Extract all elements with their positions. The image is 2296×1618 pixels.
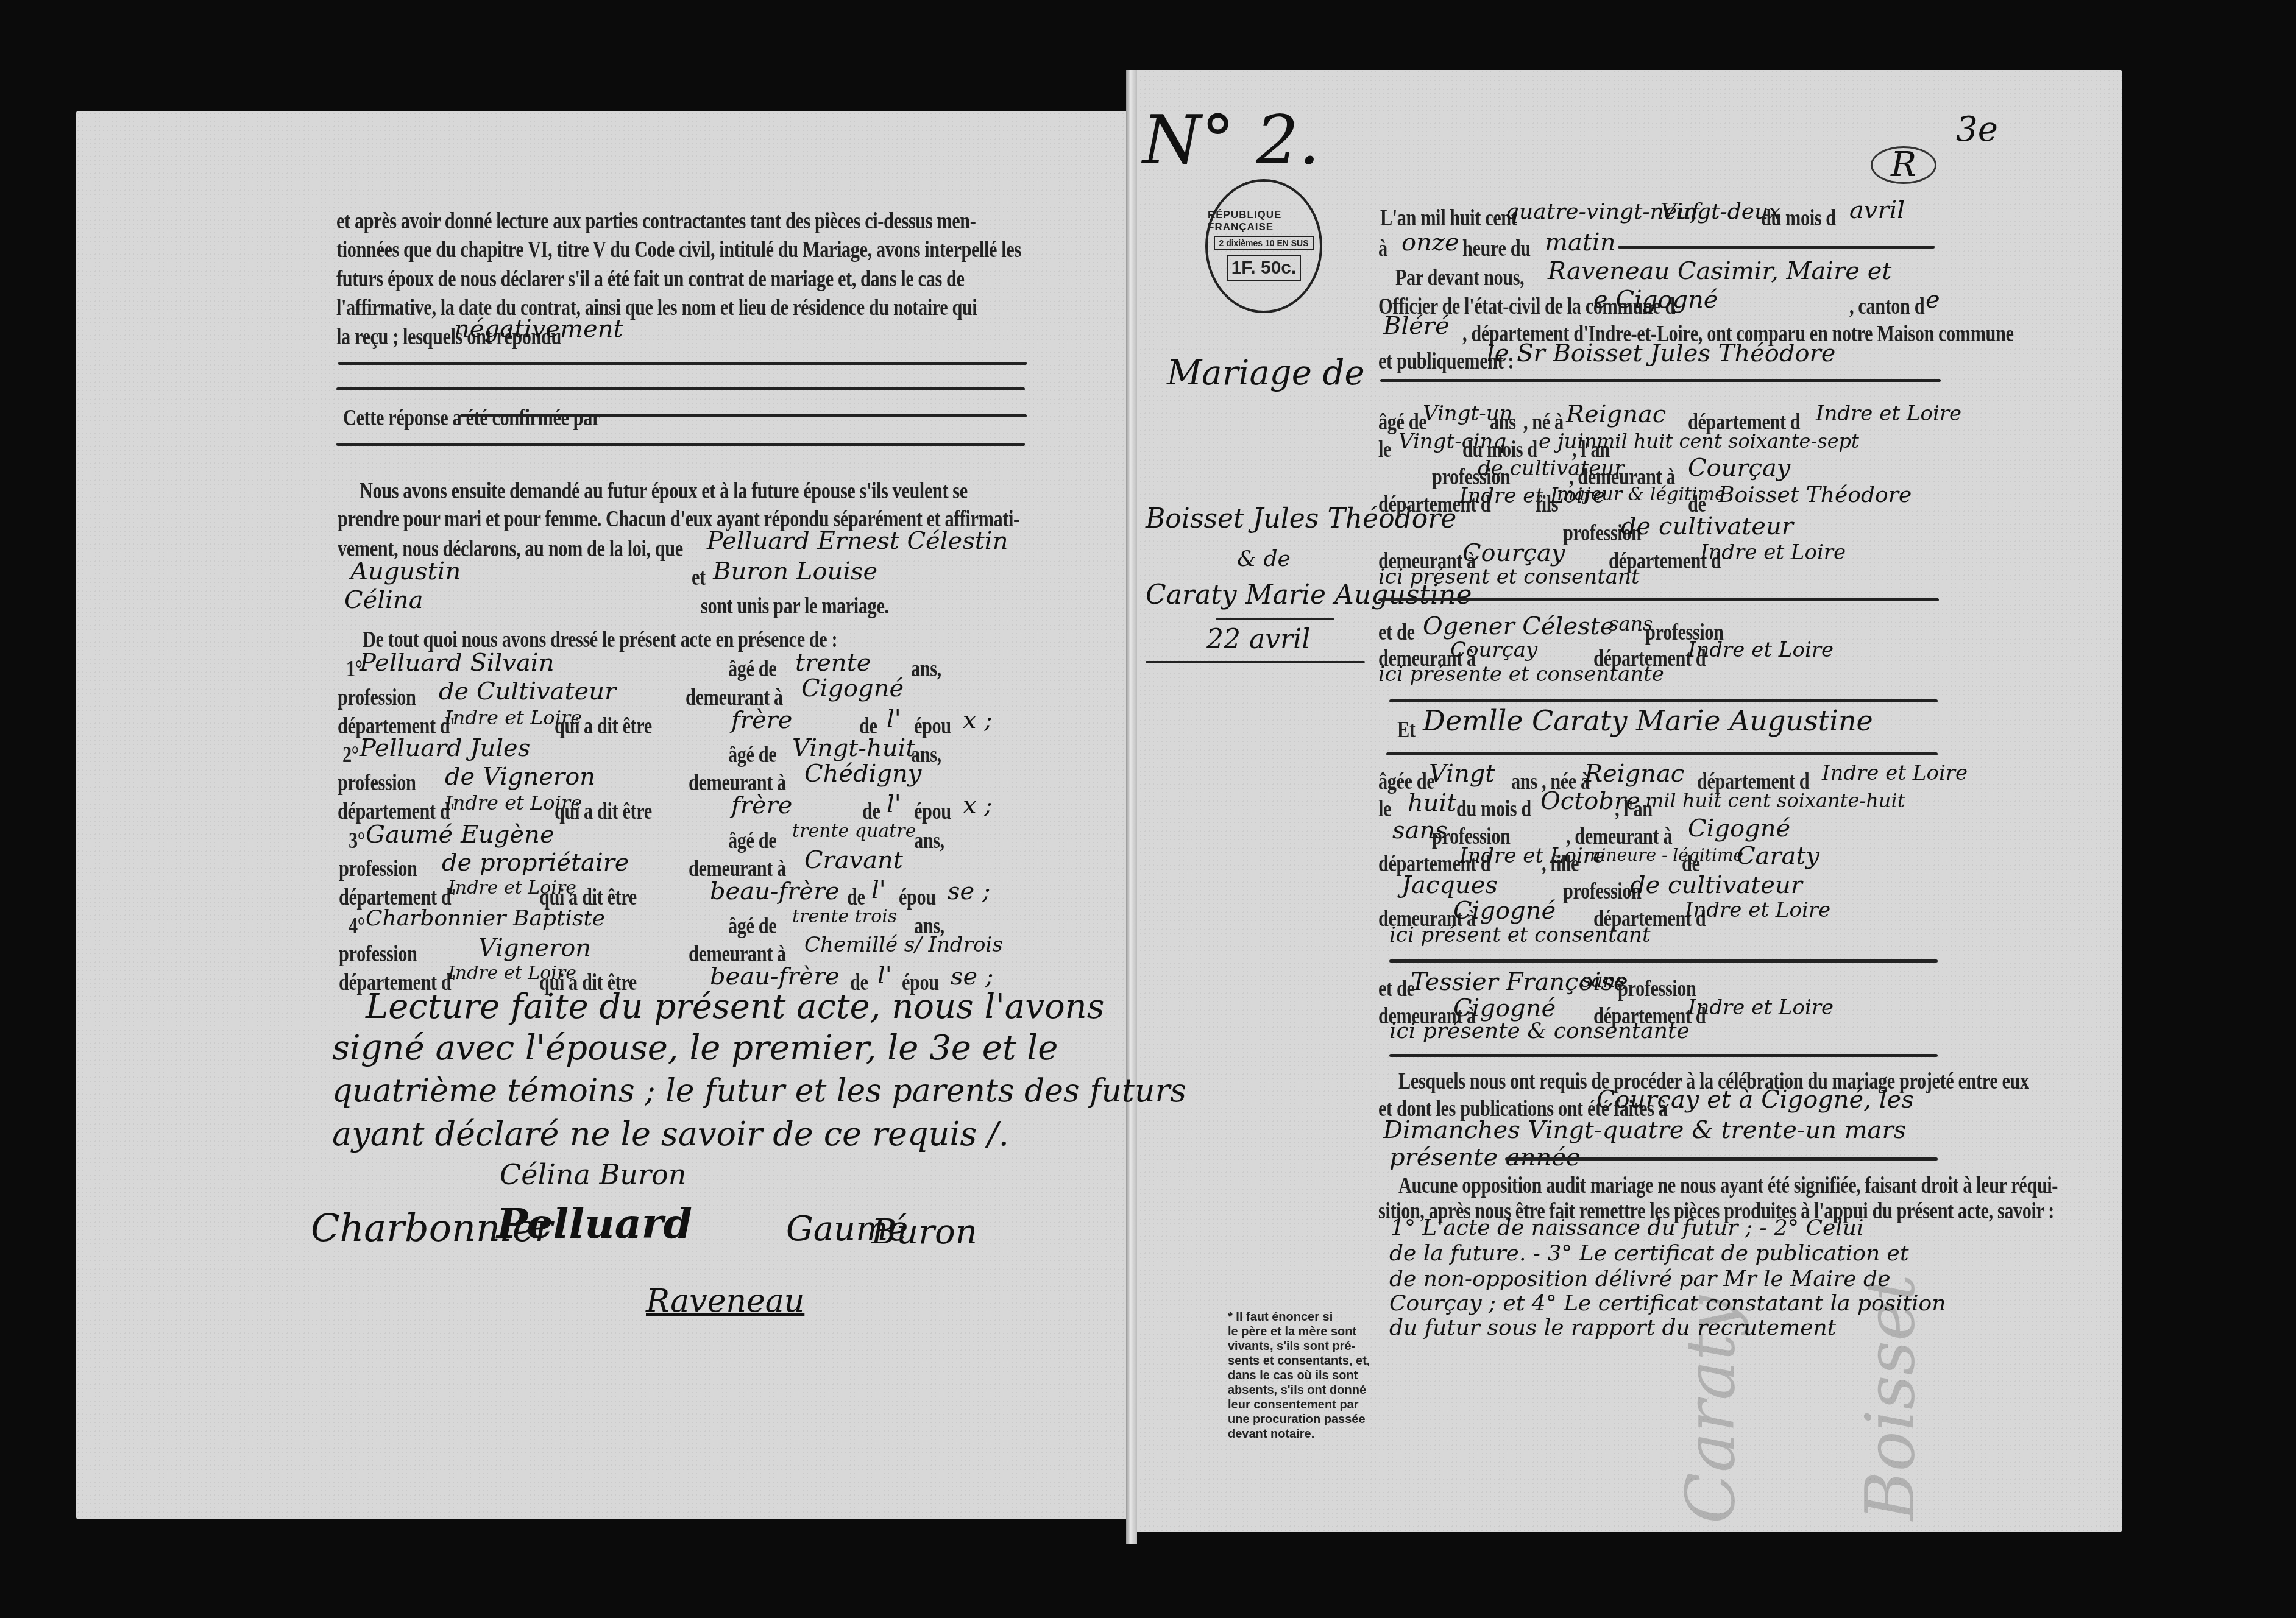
canton-label: , canton d	[1849, 295, 1924, 318]
profession-label: profession	[338, 772, 416, 794]
age-label: âgé de	[728, 915, 776, 938]
bride-age: Vingt	[1429, 761, 1495, 786]
tax-stamp: RÉPUBLIQUE FRANÇAISE 2 dixièmes 10 EN SU…	[1205, 179, 1322, 313]
fill-bar	[1386, 752, 1938, 755]
witness-name: Charbonnier Baptiste	[366, 908, 605, 930]
groom-father-profession: de cultivateur	[1621, 514, 1793, 539]
margin-rule	[1146, 661, 1365, 663]
witness-intro: De tout quoi nous avons dressé le présen…	[363, 629, 837, 651]
stamp-value-top: 2 dixièmes 10 EN SUS	[1214, 236, 1313, 250]
profession-label: profession	[339, 943, 417, 966]
stamp-value-bottom: 1F. 50c.	[1227, 255, 1302, 281]
bride-mother-dept: Indre et Loire	[1688, 997, 1834, 1018]
witness-profession: de Vigneron	[445, 765, 595, 789]
closing-line: Lecture faite du présent acte, nous l'av…	[366, 990, 1104, 1024]
stamp-ring-text: RÉPUBLIQUE FRANÇAISE	[1208, 209, 1320, 233]
confirmation-label: Cette réponse a été confirmée par	[343, 407, 600, 429]
son-label: fils	[1536, 493, 1558, 516]
said-label: qui a dit être	[555, 715, 652, 738]
margin-title: Mariage de	[1167, 356, 1365, 390]
year-label: L'an mil huit cent	[1380, 207, 1517, 230]
fill-bar	[1389, 1054, 1938, 1057]
footnote-line: le père et la mère sont	[1228, 1324, 1380, 1339]
printed-line: Nous avons ensuite demandé au futur épou…	[360, 480, 968, 503]
witness-profession: de Cultivateur	[439, 679, 616, 704]
spouse-suffix: x ;	[963, 793, 993, 818]
hour-prefix: à	[1378, 238, 1387, 260]
publication-places: Courçay et à Cigogné, les	[1596, 1087, 1914, 1112]
footnote-line: une procuration passée	[1228, 1412, 1380, 1427]
fill-bar	[460, 414, 1027, 417]
bride-name-cont: Célina	[344, 588, 423, 612]
witness-name: Pelluard Silvain	[360, 651, 554, 675]
printed-line: l'affirmative, la date du contrat, ainsi…	[336, 297, 977, 319]
day-label: le	[1378, 798, 1391, 821]
margin-date: 22 avril	[1206, 626, 1310, 653]
printed-line: et après avoir donné lecture aux parties…	[336, 210, 976, 233]
bride-mother-present: ici présente & consentante	[1389, 1020, 1690, 1042]
said-label: qui a dit être	[555, 800, 652, 823]
witness-relation: frère	[731, 793, 792, 818]
age-label: âgé de	[728, 658, 776, 680]
bride-dept2: Indre et Loire	[1459, 846, 1605, 866]
groom-name: Pelluard Ernest Célestin	[707, 529, 1008, 553]
signature-buron: Buron	[871, 1215, 977, 1249]
bride-name: Buron Louise	[713, 559, 877, 584]
canton-hand: e	[1926, 288, 1940, 312]
spouse-suffix: se ;	[948, 879, 990, 903]
hour-hand: onze	[1401, 230, 1459, 255]
printed-line: tionnées que du chapitre VI, titre V du …	[336, 239, 1021, 261]
witness-num: 2°	[342, 744, 358, 766]
witness-residence: Cravant	[804, 848, 903, 872]
fill-bar	[1389, 699, 1938, 702]
witness-name: Pelluard Jules	[360, 736, 530, 760]
groom-residence: Courçay	[1688, 456, 1790, 480]
page-number: 3e	[1956, 113, 1998, 147]
groom-intro-hand: le Sr Boisset Jules Théodore	[1487, 341, 1835, 366]
month-label: du mois d	[1456, 798, 1531, 821]
footnote-line: sents et consentants, et,	[1228, 1354, 1380, 1368]
witness-of: l'	[871, 878, 886, 902]
witness-of: l'	[877, 963, 892, 987]
groom-dept: Indre et Loire	[1816, 403, 1961, 424]
profession-label: profession	[339, 858, 417, 880]
groom-name-cont: Augustin	[350, 559, 461, 584]
spouse-label: épou	[914, 715, 951, 738]
spouse-suffix: se ;	[951, 964, 993, 989]
bride-mother-residence: Cigogné	[1453, 996, 1556, 1020]
before-label: Par devant nous,	[1395, 267, 1524, 289]
witness-age: trente quatre	[792, 822, 916, 841]
witness-of: l'	[887, 707, 901, 731]
groom-mother: Ogener Céleste	[1423, 614, 1614, 638]
footnote: * Il faut énoncer si le père et la mère …	[1228, 1310, 1380, 1441]
witness-relation: beau-frère	[710, 879, 840, 903]
period-hand: matin	[1545, 230, 1615, 255]
witness-age: trente trois	[792, 908, 897, 926]
canton-name: Bléré	[1383, 314, 1450, 338]
profession-label: profession	[338, 687, 416, 709]
profession-label: profession	[1618, 978, 1696, 1000]
groom-mother-residence: Courçay	[1450, 640, 1537, 660]
bride-father-profession: de cultivateur	[1630, 873, 1802, 897]
groom-mother-present: ici présente et consentante	[1378, 664, 1664, 685]
signature-bride: Célina Buron	[500, 1161, 686, 1189]
month-hand: avril	[1849, 198, 1905, 222]
signature-mayor: Raveneau	[646, 1285, 804, 1317]
bride-residence: Cigogné	[1688, 816, 1790, 841]
documents-line: de non-opposition délivré par Mr le Mair…	[1389, 1268, 1890, 1290]
signature-witness-pelluard: Pelluard	[497, 1203, 692, 1245]
month-label: du mois d	[1761, 207, 1836, 230]
closing-line: signé avec l'épouse, le premier, le 3e e…	[332, 1031, 1058, 1065]
documents-line: 1° L'acte de naissance du futur ; - 2° C…	[1391, 1217, 1864, 1239]
bride-father-firstname: Jacques	[1401, 873, 1498, 897]
hour-label: heure du	[1462, 238, 1531, 260]
witness-residence: Cigogné	[801, 676, 904, 701]
book-gutter	[1126, 70, 1137, 1544]
fill-bar	[1618, 246, 1935, 249]
bride-status: mineure - légitime	[1584, 847, 1743, 864]
spouse-label: épou	[914, 800, 951, 823]
witness-residence: Chemillé s/ Indrois	[804, 934, 1003, 955]
witness-num: 3°	[349, 830, 364, 852]
groom-mother-dept: Indre et Loire	[1688, 640, 1834, 660]
witness-relation: frère	[731, 708, 792, 732]
fill-bar	[336, 387, 1025, 390]
bride-father-dept: Indre et Loire	[1685, 900, 1830, 920]
department-label: département d'	[338, 800, 455, 823]
witness-relation: beau-frère	[710, 964, 840, 989]
witness-num: 4°	[349, 915, 364, 938]
fill-bar	[1380, 379, 1941, 382]
officer-hand: Raveneau Casimir, Maire et	[1548, 259, 1891, 283]
bride-father: Caraty	[1737, 844, 1819, 868]
bride-day: huit	[1408, 791, 1456, 815]
day-label: le	[1378, 439, 1391, 461]
spouse-suffix: x ;	[963, 708, 993, 732]
bride-intro: Demlle Caraty Marie Augustine	[1423, 707, 1873, 735]
footnote-line: absents, s'ils ont donné	[1228, 1383, 1380, 1397]
bride-born: Reignac	[1584, 761, 1684, 786]
age-label: âgé de	[728, 830, 776, 852]
bride-year: mil huit cent soixante-huit	[1645, 791, 1905, 810]
spouse-label: épou	[899, 886, 936, 909]
fill-bar	[1389, 959, 1938, 963]
bleed-through-mark: Caraty	[1671, 1296, 1749, 1524]
witness-profession: Vigneron	[478, 936, 591, 960]
documents-line: de la future. - 3° Le certificat de publ…	[1389, 1243, 1908, 1265]
mother-label: et de	[1378, 621, 1414, 644]
bride-dept: Indre et Loire	[1822, 763, 1968, 783]
years-label: ans,	[914, 830, 944, 852]
act-number: N° 2.	[1143, 107, 1320, 174]
closing-line: ayant déclaré ne le savoir de ce requis …	[332, 1118, 1009, 1151]
printed-line: futurs époux de nous déclarer s'il a été…	[336, 268, 964, 291]
groom-father-residence: Courçay	[1462, 541, 1565, 565]
age-label: âgé de	[728, 744, 776, 766]
years-label: ans	[1511, 771, 1537, 793]
bride-father-present: ici présent et consentant	[1389, 925, 1651, 945]
groom-father-present: ici présent et consentant	[1378, 567, 1640, 587]
union-closing: sont unis par le mariage.	[701, 595, 889, 618]
footnote-line: vivants, s'ils sont pré-	[1228, 1339, 1380, 1354]
witness-profession: de propriétaire	[442, 850, 629, 875]
margin-rule	[1216, 618, 1334, 620]
footnote-line: * Il faut énoncer si	[1228, 1310, 1380, 1324]
groom-born: Reignac	[1566, 402, 1666, 426]
footnote-line: dans le cas où ils sont	[1228, 1368, 1380, 1383]
fill-bar	[338, 362, 1027, 365]
commune-hand: e Cigogné	[1593, 288, 1718, 312]
groom-father: Boisset Théodore	[1718, 484, 1912, 506]
witness-age: trente	[795, 651, 871, 675]
documents-line: du futur sous le rapport du recrutement	[1389, 1317, 1836, 1339]
witness-name: Gaumé Eugène	[366, 822, 555, 847]
footnote-line: leur consentement par	[1228, 1397, 1380, 1412]
witness-residence: Chédigny	[804, 761, 921, 786]
of-label: de	[862, 800, 880, 823]
printed-line: Aucune opposition audit mariage ne nous …	[1398, 1175, 2058, 1197]
fill-bar	[1378, 598, 1939, 601]
initials-mark: R	[1871, 146, 1936, 184]
bleed-through-mark: Boisset	[1851, 1274, 1929, 1521]
margin-conj: & de	[1237, 548, 1291, 570]
witness-age: Vingt-huit	[792, 736, 915, 760]
daughter-label: , fille	[1542, 853, 1579, 875]
closing-line: quatrième témoins ; le futur et les pare…	[332, 1075, 1186, 1107]
bride-father-residence: Cigogné	[1453, 899, 1556, 923]
footnote-line: devant notaire.	[1228, 1427, 1380, 1441]
fill-bar	[1505, 1157, 1938, 1161]
groom-father-dept: Indre et Loire	[1700, 542, 1846, 563]
contract-answer: négativement	[454, 317, 623, 341]
publication-dates: Dimanches Vingt-quatre & trente-un mars	[1383, 1118, 1906, 1142]
fill-bar	[336, 443, 1025, 446]
mother-label: et de	[1378, 978, 1414, 1000]
years-label: ans,	[911, 658, 941, 680]
witness-of: l'	[887, 792, 901, 816]
groom-year: mil huit cent soixante-sept	[1596, 431, 1859, 451]
bride-intro-label: Et	[1397, 719, 1416, 741]
et-label: et	[692, 567, 706, 589]
